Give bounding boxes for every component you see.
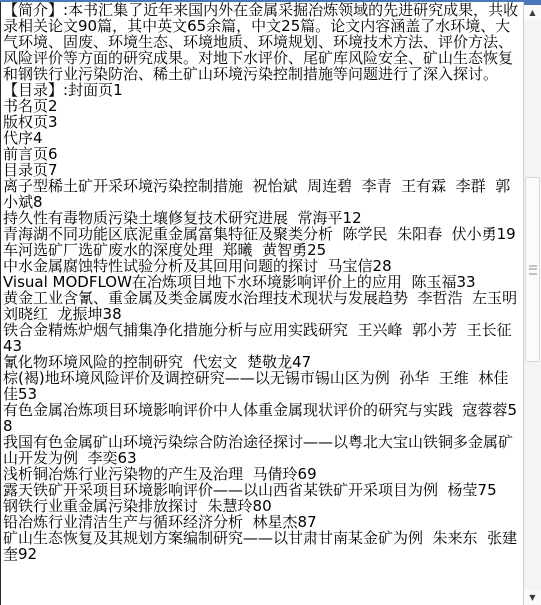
scroll-up-arrow-icon: ▲ <box>529 8 535 17</box>
toc-list: 书名页2版权页3代序4前言页6目录页7离子型稀土矿开采环境污染控制措施 祝怡斌 … <box>3 98 519 562</box>
toc-header-line: 【目录】:封面页1 <box>3 82 519 98</box>
vertical-scrollbar[interactable]: ▲ ▼ <box>523 2 541 605</box>
toc-entry: 有色金属冶炼项目环境影响评价中人体重金属现状评价的研究与实践 寇蓉蓉58 <box>3 402 519 434</box>
scroll-down-button[interactable]: ▼ <box>524 590 541 605</box>
toc-entry: 版权页3 <box>3 114 519 130</box>
toc-entry: 浅析铜冶炼行业污染物的产生及治理 马倩玲69 <box>3 466 519 482</box>
scrollbar-grip-icon <box>529 265 537 274</box>
toc-entry: Visual MODFLOW在冶炼项目地下水环境影响评价上的应用 陈玉福33 <box>3 274 519 290</box>
intro-paragraph: 【简介】:本书汇集了近年来国内外在金属采掘冶炼领域的先进研究成果，共收录相关论文… <box>3 2 519 82</box>
window-top-border <box>0 0 541 2</box>
toc-entry: 目录页7 <box>3 162 519 178</box>
toc-entry: 露天铁矿开采项目环境影响评价——以山西省某铁矿开采项目为例 杨莹75 <box>3 482 519 498</box>
toc-entry: 持久性有毒物质污染土壤修复技术研究进展 常海平12 <box>3 210 519 226</box>
text-viewer-window: 【简介】:本书汇集了近年来国内外在金属采掘冶炼领域的先进研究成果，共收录相关论文… <box>0 0 541 605</box>
toc-entry: 离子型稀土矿开采环境污染控制措施 祝怡斌 周连碧 李青 王有霖 李群 郭小斌8 <box>3 178 519 210</box>
toc-entry: 车河选矿厂选矿废水的深度处理 郑曦 黄智勇25 <box>3 242 519 258</box>
toc-entry: 矿山生态恢复及其规划方案编制研究——以甘肃甘南某金矿为例 朱来东 张建奎92 <box>3 530 519 562</box>
toc-entry: 前言页6 <box>3 146 519 162</box>
toc-entry: 书名页2 <box>3 98 519 114</box>
intro-text: 本书汇集了近年来国内外在金属采掘冶炼领域的先进研究成果，共收录相关论文90篇，其… <box>3 1 518 83</box>
toc-entry: 棕(褐)地环境风险评价及调控研究——以无锡市锡山区为例 孙华 王维 林佳佳53 <box>3 370 519 402</box>
scroll-down-arrow-icon: ▼ <box>529 593 535 602</box>
toc-entry: 钢铁行业重金属污染排放探讨 朱慧玲80 <box>3 498 519 514</box>
toc-entry: 代序4 <box>3 130 519 146</box>
toc-entry: 青海湖不同功能区底泥重金属富集特征及聚类分析 陈学民 朱阳春 伏小勇19 <box>3 226 519 242</box>
toc-entry: 黄金工业含氰、重金属及类金属废水治理技术现状与发展趋势 李哲浩 左玉明 刘晓红 … <box>3 290 519 322</box>
toc-entry: 铅冶炼行业清洁生产与循环经济分析 林星杰87 <box>3 514 519 530</box>
toc-entry: 氰化物环境风险的控制研究 代宏文 楚敬龙47 <box>3 354 519 370</box>
toc-entry: 封面页1 <box>68 81 123 99</box>
toc-entry: 中水金属腐蚀特性试验分析及其回用问题的探讨 马宝信28 <box>3 258 519 274</box>
toc-entry: 我国有色金属矿山环境污染综合防治途径探讨——以粤北大宝山铁铜多金属矿山开发为例 … <box>3 434 519 466</box>
toc-entry: 铁合金精炼炉烟气捕集净化措施分析与应用实践研究 王兴峰 郭小芳 王长征43 <box>3 322 519 354</box>
scroll-up-button[interactable]: ▲ <box>524 5 541 20</box>
scrollbar-thumb[interactable] <box>525 177 540 362</box>
document-text-area[interactable]: 【简介】:本书汇集了近年来国内外在金属采掘冶炼领域的先进研究成果，共收录相关论文… <box>1 2 519 562</box>
